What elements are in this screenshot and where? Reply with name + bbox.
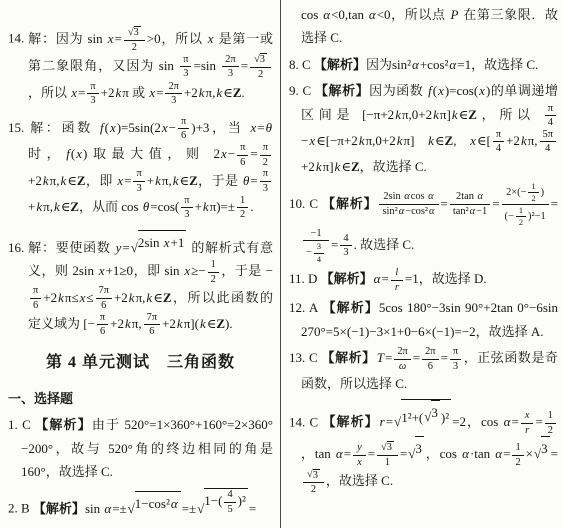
item-number: 12. A: [289, 300, 323, 315]
item-body: 【解析】r=√1²+(√3)²=2，cos α=xr=12，tan α=yx=√…: [301, 414, 558, 488]
solution-list: 14. 解：因为 sin x=√32>0，所以 x 是第一或第二象限角，又因为 …: [8, 26, 273, 338]
fraction: π3: [181, 195, 192, 221]
page: 14. 解：因为 sin x=√32>0，所以 x 是第一或第二象限角，又因为 …: [0, 0, 563, 528]
item-number: 16.: [8, 240, 28, 255]
fraction: 34: [314, 242, 324, 264]
choice-list-right: 8. C 【解析】因为sin²α+cos²α=1，故选择 C.9. C 【解析】…: [289, 53, 558, 496]
fraction: √32: [124, 26, 145, 53]
fraction: 12: [208, 259, 219, 285]
item-body: 【解析】sin α=±√1−cos²α=±√1−(45)²=: [33, 501, 256, 516]
fraction: π4: [545, 103, 556, 129]
square-root: √3: [408, 436, 424, 460]
choice-item: 14. C 【解析】r=√1²+(√3)²=2，cos α=xr=12，tan …: [289, 399, 558, 496]
fraction: √32: [250, 53, 271, 80]
fraction: 2π3: [222, 54, 238, 80]
fraction: 2×(−12)(−12)²−1: [502, 182, 549, 228]
item-body: 解：因为 sin x=√32>0，所以 x 是第一或第二象限角，又因为 sin …: [28, 31, 273, 100]
item-number: 1. C: [8, 417, 35, 432]
item-body: 【解析】5cos 180°−3sin 90°+2tan 0°−6sin 270°…: [301, 300, 558, 338]
choice-item: 9. C 【解析】因为函数 f(x)=cos(x)的单调递增区间是 [−π+2k…: [289, 79, 558, 178]
choice-list-left: 1. C 【解析】由于 520°=1×360°+160°=2×360°−200°…: [8, 413, 273, 520]
fraction: yx: [353, 442, 366, 468]
choice-item: 10. C 【解析】2sin αcos αsin²α−cos²α=2tan αt…: [289, 182, 558, 264]
subsection-heading: 一、选择题: [8, 387, 273, 410]
item-number: 10. C: [289, 196, 322, 211]
choice-item: 8. C 【解析】因为sin²α+cos²α=1，故选择 C.: [289, 53, 558, 76]
fraction: π6: [237, 142, 248, 168]
solution-item: 16. 解：要使函数 y=√2sin x+1 的解析式有意义，则 2sin x+…: [8, 230, 273, 338]
item-number: 14.: [8, 31, 28, 46]
fraction: 5π4: [540, 129, 556, 155]
fraction: π6: [97, 312, 108, 338]
item-number: 9. C: [289, 83, 315, 98]
fraction: 45: [224, 489, 235, 515]
square-root: √1−(45)²: [197, 488, 248, 515]
fraction: 12: [516, 206, 526, 228]
section-title: 第 4 单元测试 三角函数: [8, 349, 273, 378]
fraction: 12: [528, 182, 538, 204]
item-body: 解：要使函数 y=√2sin x+1 的解析式有意义，则 2sin x+1≥0，…: [28, 240, 273, 331]
fraction: 2πω: [394, 346, 410, 372]
choice-item: 12. A 【解析】5cos 180°−3sin 90°+2tan 0°−6si…: [289, 296, 558, 343]
fraction: 2tan αtan²α−1: [450, 191, 490, 217]
fraction: xr: [521, 410, 534, 436]
item-number: 8. C: [289, 57, 314, 72]
square-root: √3: [381, 441, 394, 454]
fraction: 43: [340, 233, 351, 259]
choice-item: 2. B 【解析】sin α=±√1−cos²α=±√1−(45)²=: [8, 488, 273, 520]
fraction: π6: [178, 116, 189, 142]
item-number: 2. B: [8, 501, 33, 516]
item-number: 11. D: [289, 271, 321, 286]
fraction: 12: [237, 195, 248, 221]
item-number: 13. C: [289, 350, 322, 365]
solution-item: 14. 解：因为 sin x=√32>0，所以 x 是第一或第二象限角，又因为 …: [8, 26, 273, 107]
item-body: 【解析】因为sin²α+cos²α=1，故选择 C.: [314, 57, 538, 72]
solution-item: 15. 解：函数 f(x)=5sin(2x−π6)+3，当 x=θ 时，f(x)…: [8, 116, 273, 221]
item-body: 解：函数 f(x)=5sin(2x−π6)+3，当 x=θ 时，f(x)取最大值…: [28, 120, 273, 214]
item-number: 14. C: [289, 414, 323, 429]
fraction: π6: [30, 285, 41, 311]
fraction: π3: [87, 81, 98, 107]
fraction: π2: [260, 142, 271, 168]
fraction: π4: [493, 129, 504, 155]
square-root: √1²+(√3)²: [394, 399, 451, 429]
fraction: π3: [450, 346, 461, 372]
fraction: lr: [391, 267, 403, 293]
fraction: 2π3: [165, 81, 181, 107]
fraction: 7π6: [96, 285, 112, 311]
item-body: 【解析】因为函数 f(x)=cos(x)的单调递增区间是 [−π+2kπ,0+2…: [301, 83, 558, 174]
fraction: 7π6: [144, 312, 160, 338]
square-root: √3: [534, 436, 550, 460]
item-number: 15.: [8, 120, 30, 135]
fraction: −1−34: [303, 228, 329, 264]
square-root: √3: [424, 400, 440, 424]
right-column: cos α<0,tan α<0，所以点 P 在第三象限．故选择 C. 8. C …: [280, 0, 563, 528]
choice-item: 11. D 【解析】α=lr=1，故选择 D.: [289, 267, 558, 293]
square-root: √1−cos²α: [128, 491, 181, 515]
fraction: √31: [377, 441, 398, 468]
fraction: √32: [303, 469, 324, 496]
fraction: 2π6: [422, 346, 438, 372]
fraction: π3: [260, 168, 271, 194]
fraction: 12: [512, 442, 523, 468]
item-body: 【解析】2sin αcos αsin²α−cos²α=2tan αtan²α−1…: [301, 196, 558, 252]
left-column: 14. 解：因为 sin x=√32>0，所以 x 是第一或第二象限角，又因为 …: [0, 0, 280, 528]
fraction: π3: [133, 168, 144, 194]
fraction: 12: [545, 410, 556, 436]
item-body: 【解析】由于 520°=1×360°+160°=2×360°−200°，故与 5…: [21, 417, 273, 479]
item-body: 【解析】T=2πω=2π6=π3，正弦函数是奇函数，所以选择 C.: [301, 350, 558, 391]
fraction: 2sin αcos αsin²α−cos²α: [379, 191, 438, 217]
square-root: √3: [307, 469, 320, 482]
choice-item: 13. C 【解析】T=2πω=2π6=π3，正弦函数是奇函数，所以选择 C.: [289, 346, 558, 396]
choice-item: 1. C 【解析】由于 520°=1×360°+160°=2×360°−200°…: [8, 413, 273, 483]
item-body: 【解析】α=lr=1，故选择 D.: [321, 271, 487, 286]
fraction: π3: [180, 54, 191, 80]
continuation-paragraph: cos α<0,tan α<0，所以点 P 在第三象限．故选择 C.: [289, 3, 558, 50]
square-root: √3: [254, 53, 267, 66]
square-root: √3: [128, 26, 141, 39]
square-root: √2sin x+1: [131, 230, 187, 254]
